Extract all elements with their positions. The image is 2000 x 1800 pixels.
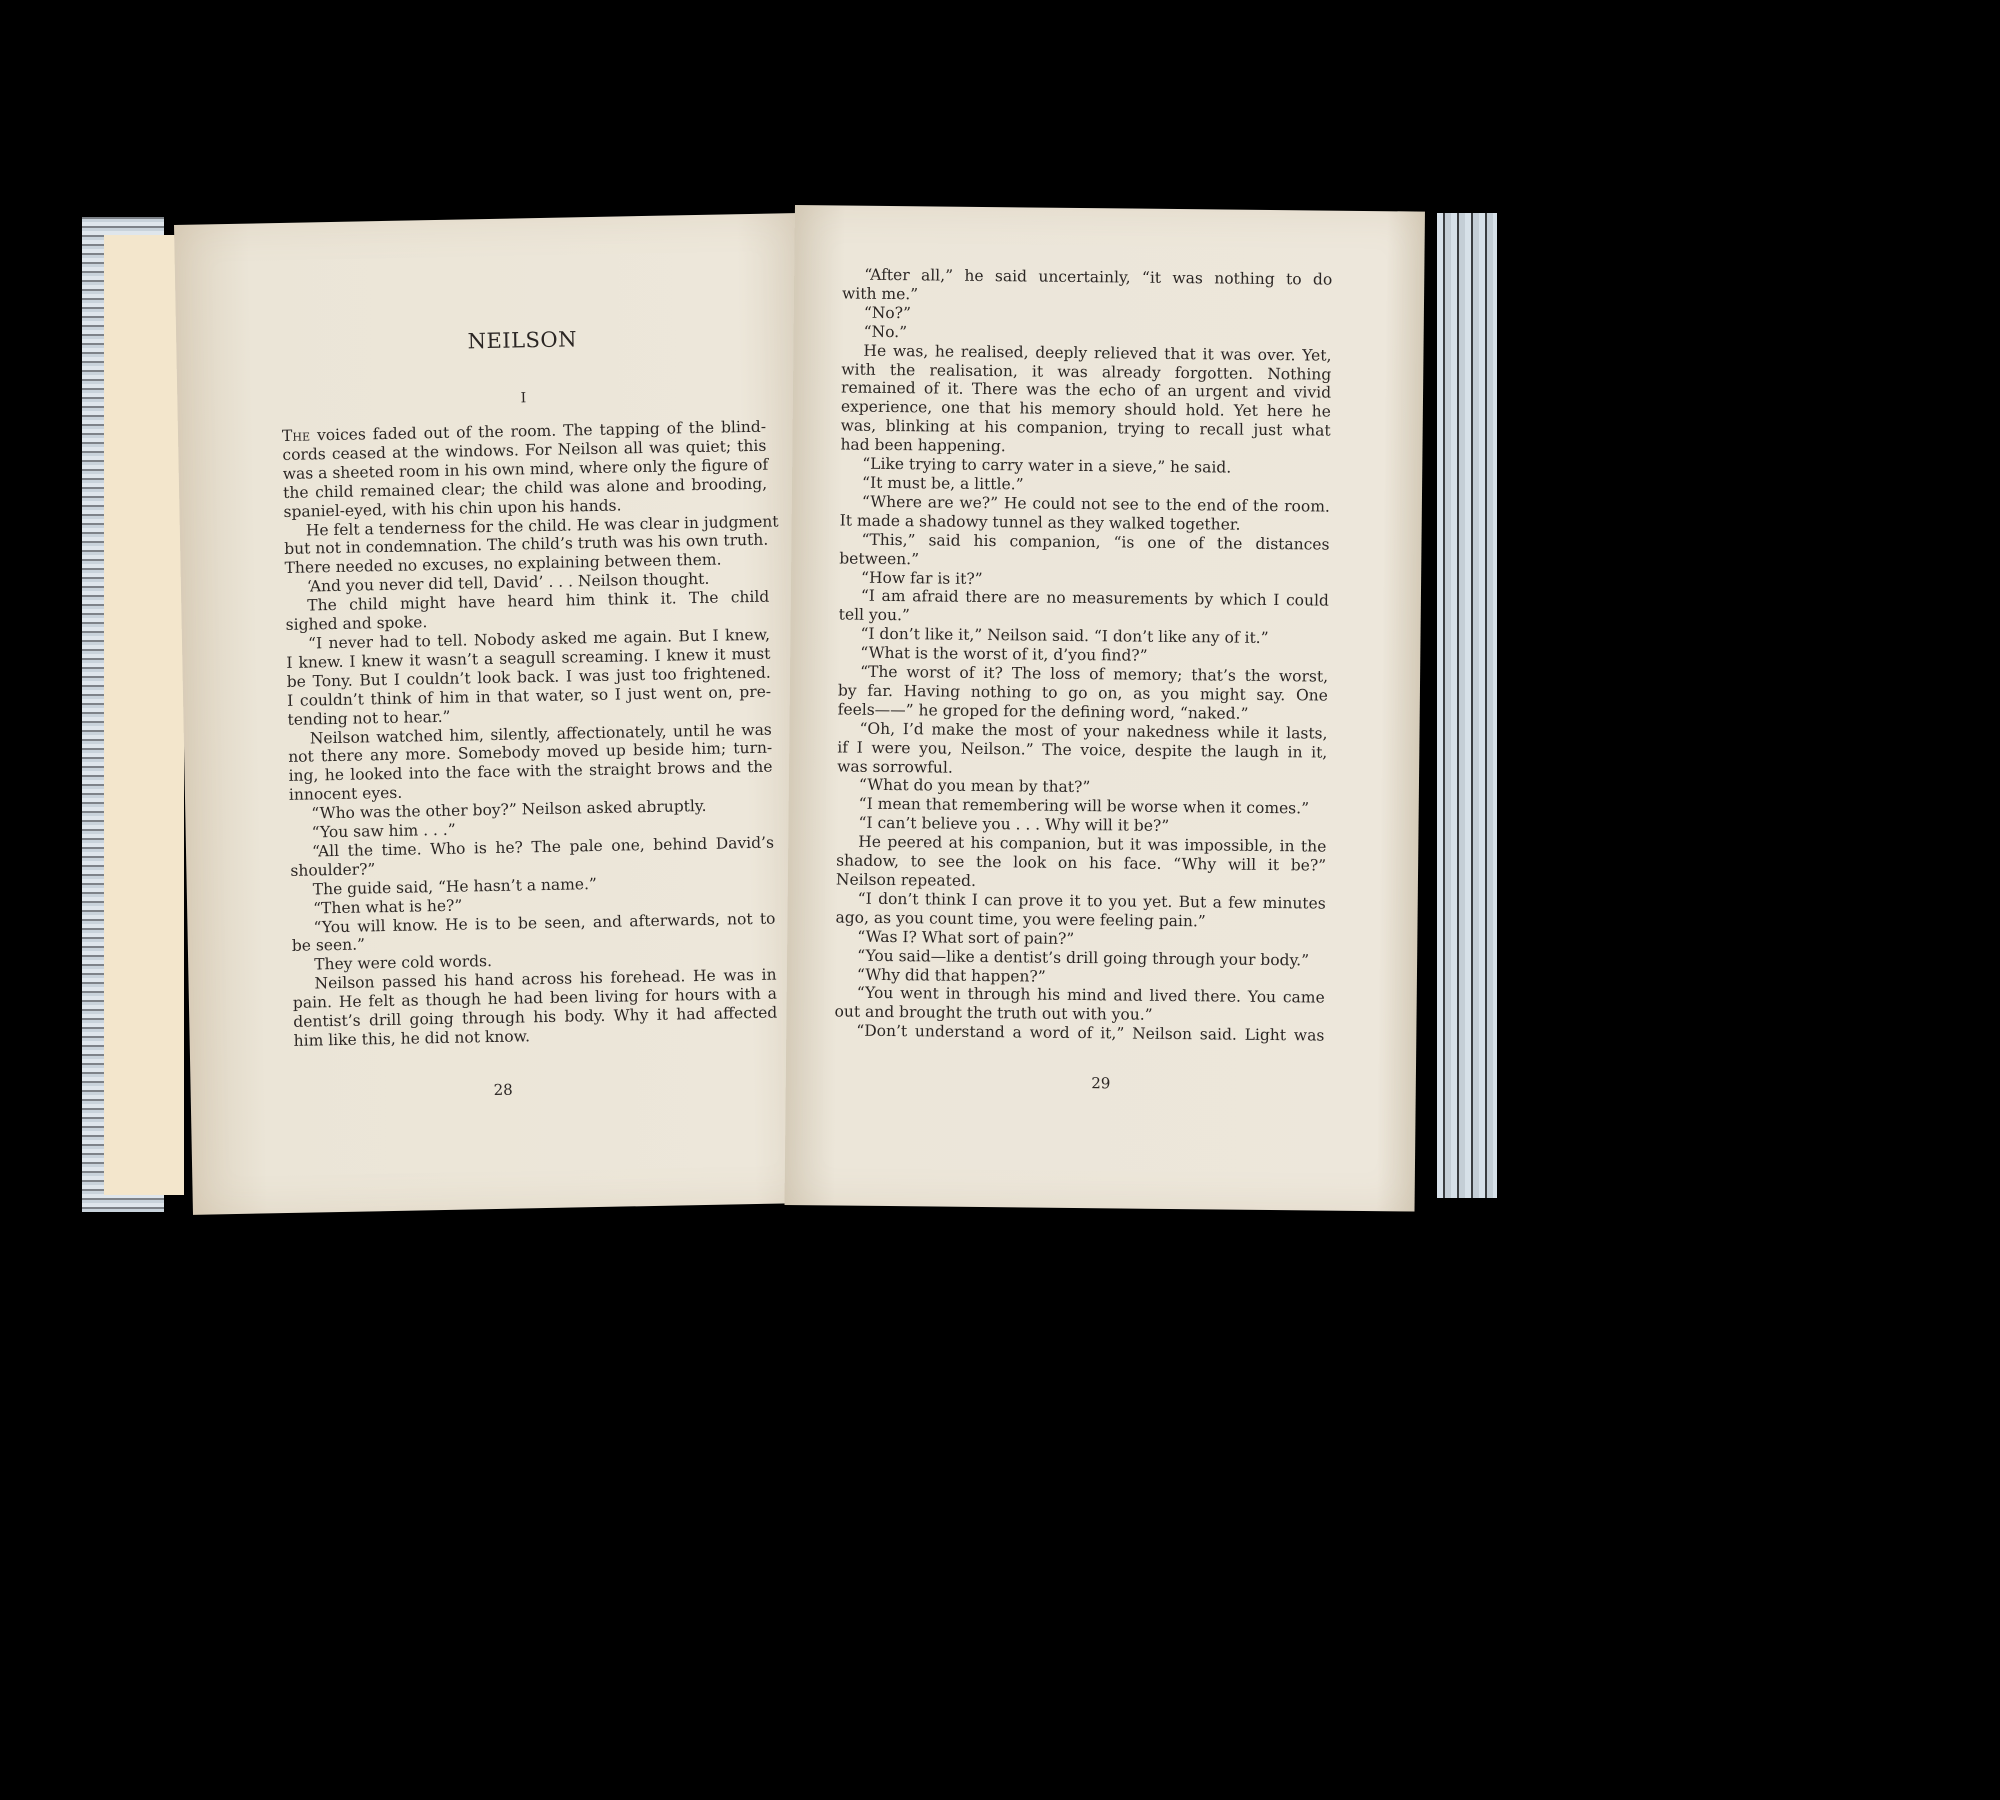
page-number-left: 28 [191, 1075, 816, 1105]
left-page: NEILSON I The voices faded out of the ro… [174, 213, 818, 1215]
chapter-title: NEILSON [280, 324, 764, 357]
text-line: “Don’t understand a word of it,” Neilson… [834, 1022, 1324, 1046]
left-page-text-block: NEILSON I The voices faded out of the ro… [280, 324, 778, 1051]
right-page-text-block: “After all,” he said uncertainly, “it wa… [834, 265, 1332, 1045]
right-page-body: “After all,” he said uncertainly, “it wa… [834, 265, 1332, 1045]
page-number-right: 29 [786, 1071, 1416, 1096]
dust-jacket-right-flap [1437, 213, 1497, 1198]
left-page-body: The voices faded out of the room. The ta… [282, 418, 778, 1051]
section-number: I [281, 386, 765, 411]
right-page: “After all,” he said uncertainly, “it wa… [785, 205, 1425, 1212]
book-board-left [104, 235, 184, 1195]
open-book: NEILSON I The voices faded out of the ro… [82, 205, 1497, 1215]
